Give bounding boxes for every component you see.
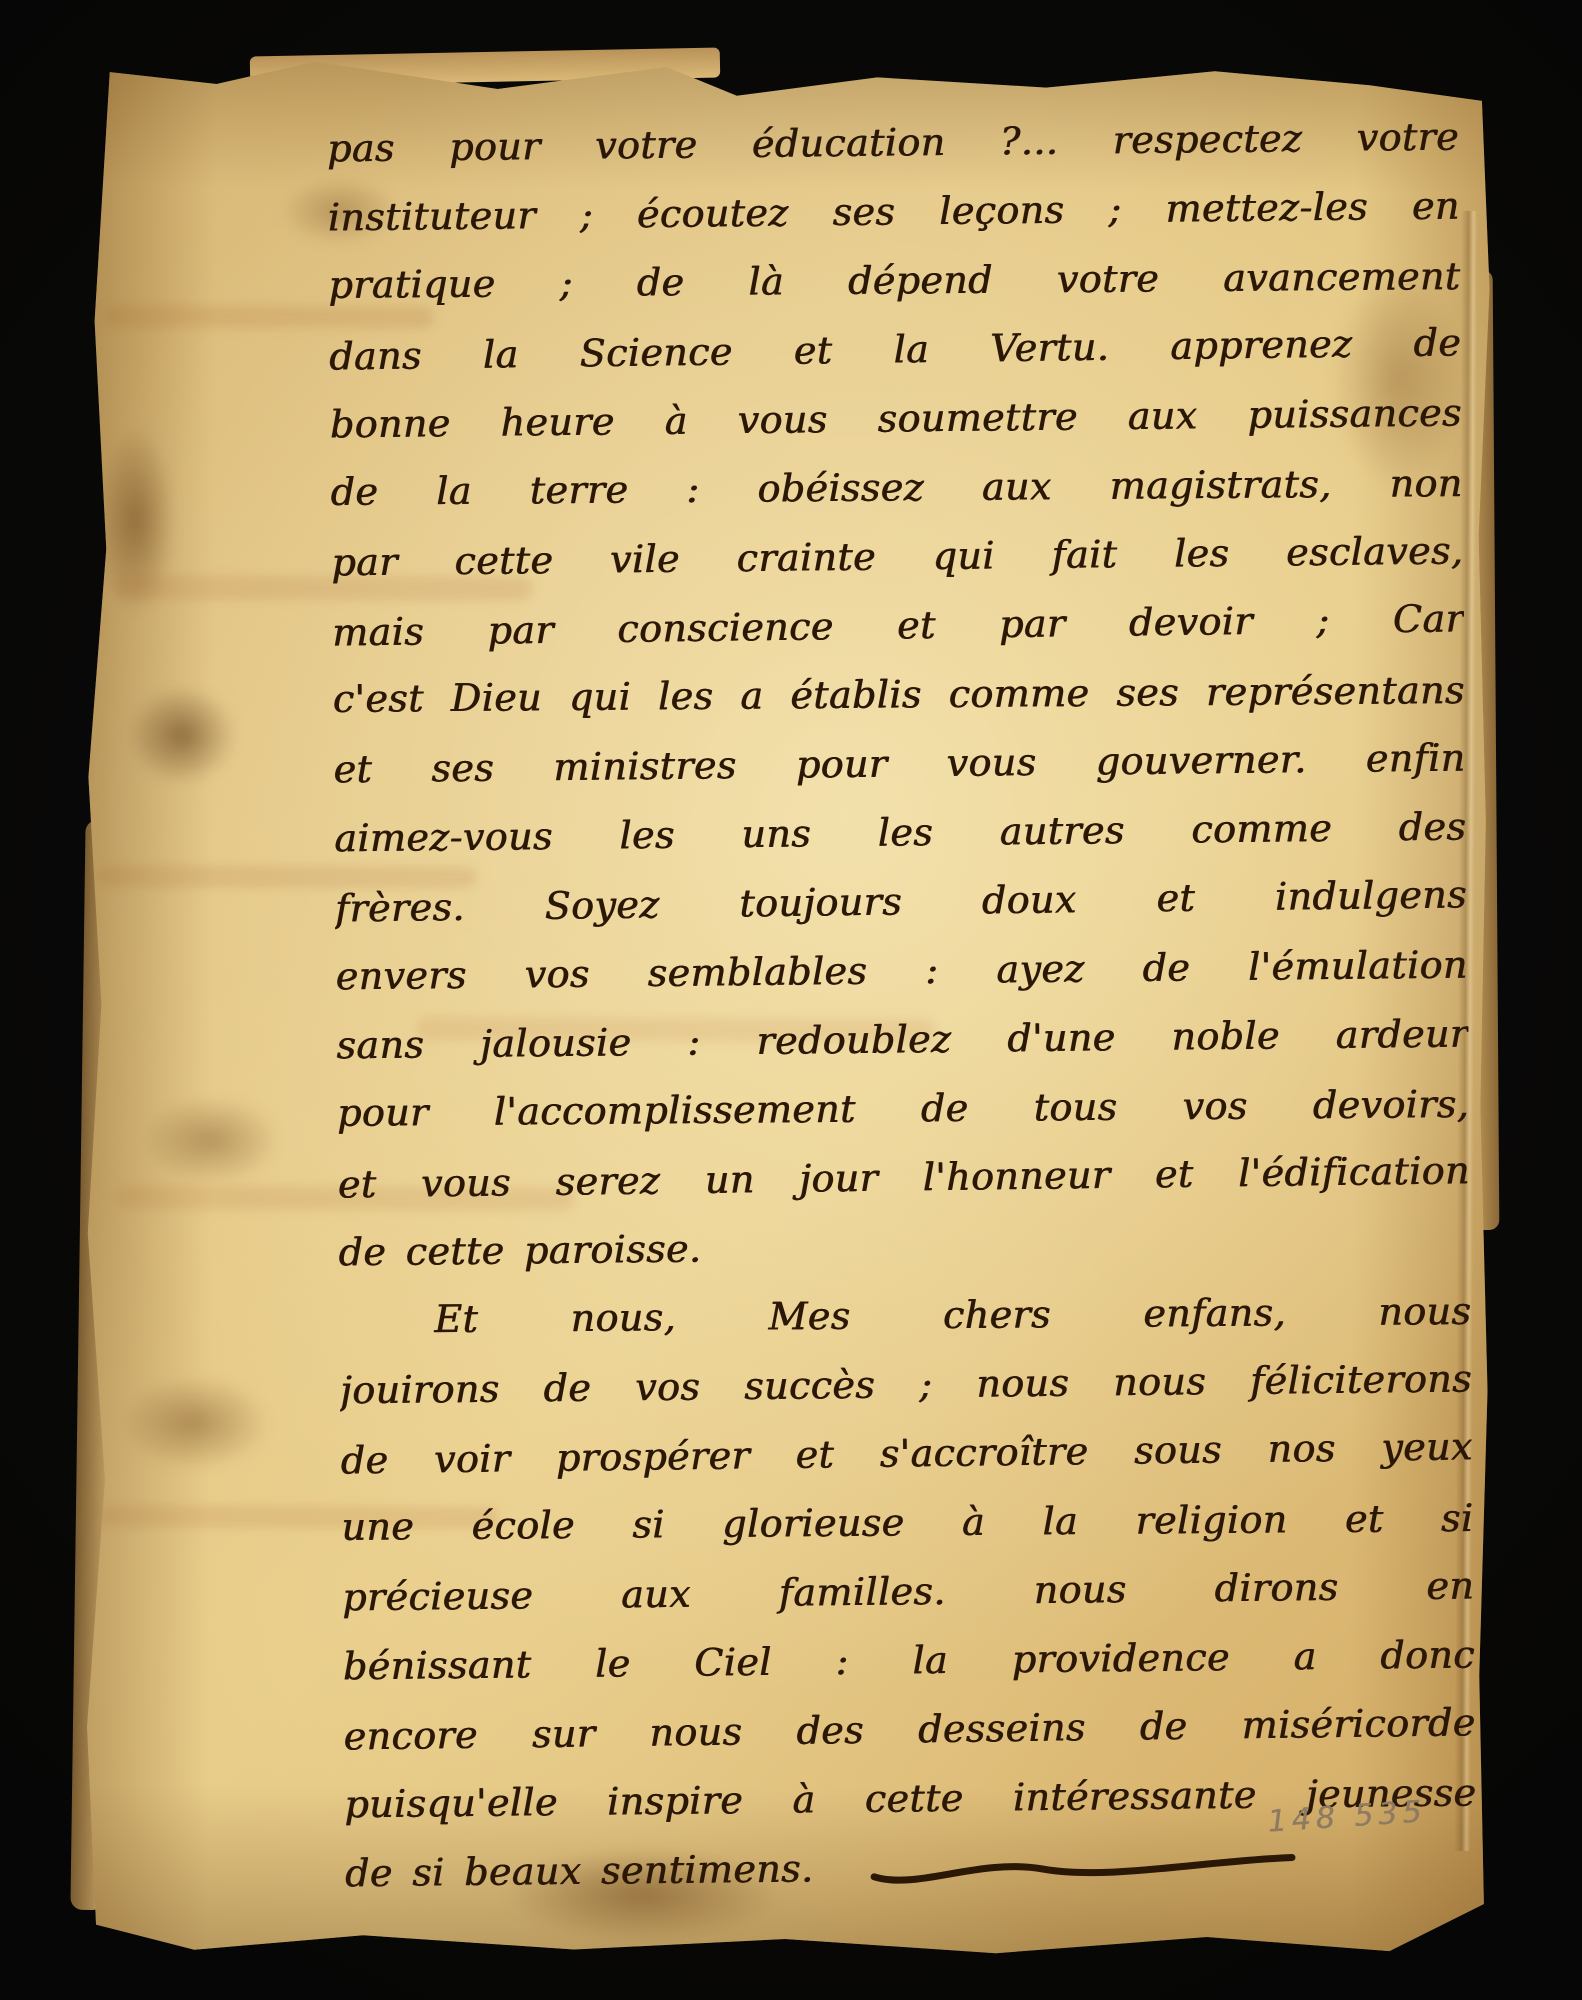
manuscript-line: de si beaux sentimens. — [345, 1834, 814, 1908]
manuscript-line: et ses ministres pour vous gouverner. en… — [333, 724, 1466, 805]
manuscript-line: de la terre : obéissez aux magistrats, n… — [330, 449, 1463, 527]
ink-stain — [119, 1375, 269, 1471]
manuscript-line: encore sur nous des desseins de misérico… — [343, 1688, 1476, 1771]
manuscript-line: dans la Science et la Vertu. apprenez de — [329, 308, 1462, 391]
manuscript-line: jouirons de vos succès ; nous nous félic… — [340, 1345, 1473, 1426]
manuscript-line: pour l'accomplissement de tous vos devoi… — [337, 1070, 1470, 1148]
manuscript-line: bénissant le Ciel : la providence a donc — [343, 1621, 1476, 1702]
manuscript-line: sans jalousie : redoublez d'une noble ar… — [336, 1000, 1469, 1081]
letter-text: pas pour votre éducation ?... respectez … — [327, 103, 1478, 1909]
manuscript-line: bonne heure à vous soumettre aux puissan… — [330, 379, 1463, 460]
manuscript-line: frères. Soyez toujours doux et indulgens — [335, 860, 1468, 943]
manuscript-line: pratique ; de là dépend votre avancement — [328, 242, 1461, 320]
manuscript-line: précieuse aux familles. nous dirons en — [342, 1552, 1475, 1633]
photo-background: pas pour votre éducation ?... respectez … — [0, 0, 1582, 2000]
manuscript-line: pas pour votre éducation ?... respectez … — [327, 103, 1460, 184]
manuscript-line: une école si glorieuse à la religion et … — [341, 1484, 1474, 1562]
manuscript-page: pas pour votre éducation ?... respectez … — [82, 55, 1496, 1961]
manuscript-line: aimez-vous les uns les autres comme des — [334, 793, 1467, 874]
ink-stain — [140, 1095, 280, 1186]
ink-stain — [127, 685, 237, 785]
pen-flourish — [868, 1846, 1298, 1897]
manuscript-line: de cette paroisse. — [338, 1207, 1471, 1288]
manuscript-line: par cette vile crainte qui fait les escl… — [331, 517, 1464, 598]
manuscript-line: de voir prospérer et s'accroître sous no… — [340, 1412, 1473, 1495]
manuscript-line: et vous serez un jour l'honneur et l'édi… — [337, 1136, 1470, 1219]
manuscript-line: instituteur ; écoutez ses leçons ; mette… — [327, 172, 1460, 253]
manuscript-line: mais par conscience et par devoir ; Car — [332, 584, 1465, 667]
manuscript-line: Et nous, Mes chers enfans, nous — [339, 1277, 1472, 1355]
manuscript-line: c'est Dieu qui les a établis comme ses r… — [333, 656, 1466, 734]
manuscript-line: envers vos semblables : ayez de l'émulat… — [335, 931, 1468, 1012]
